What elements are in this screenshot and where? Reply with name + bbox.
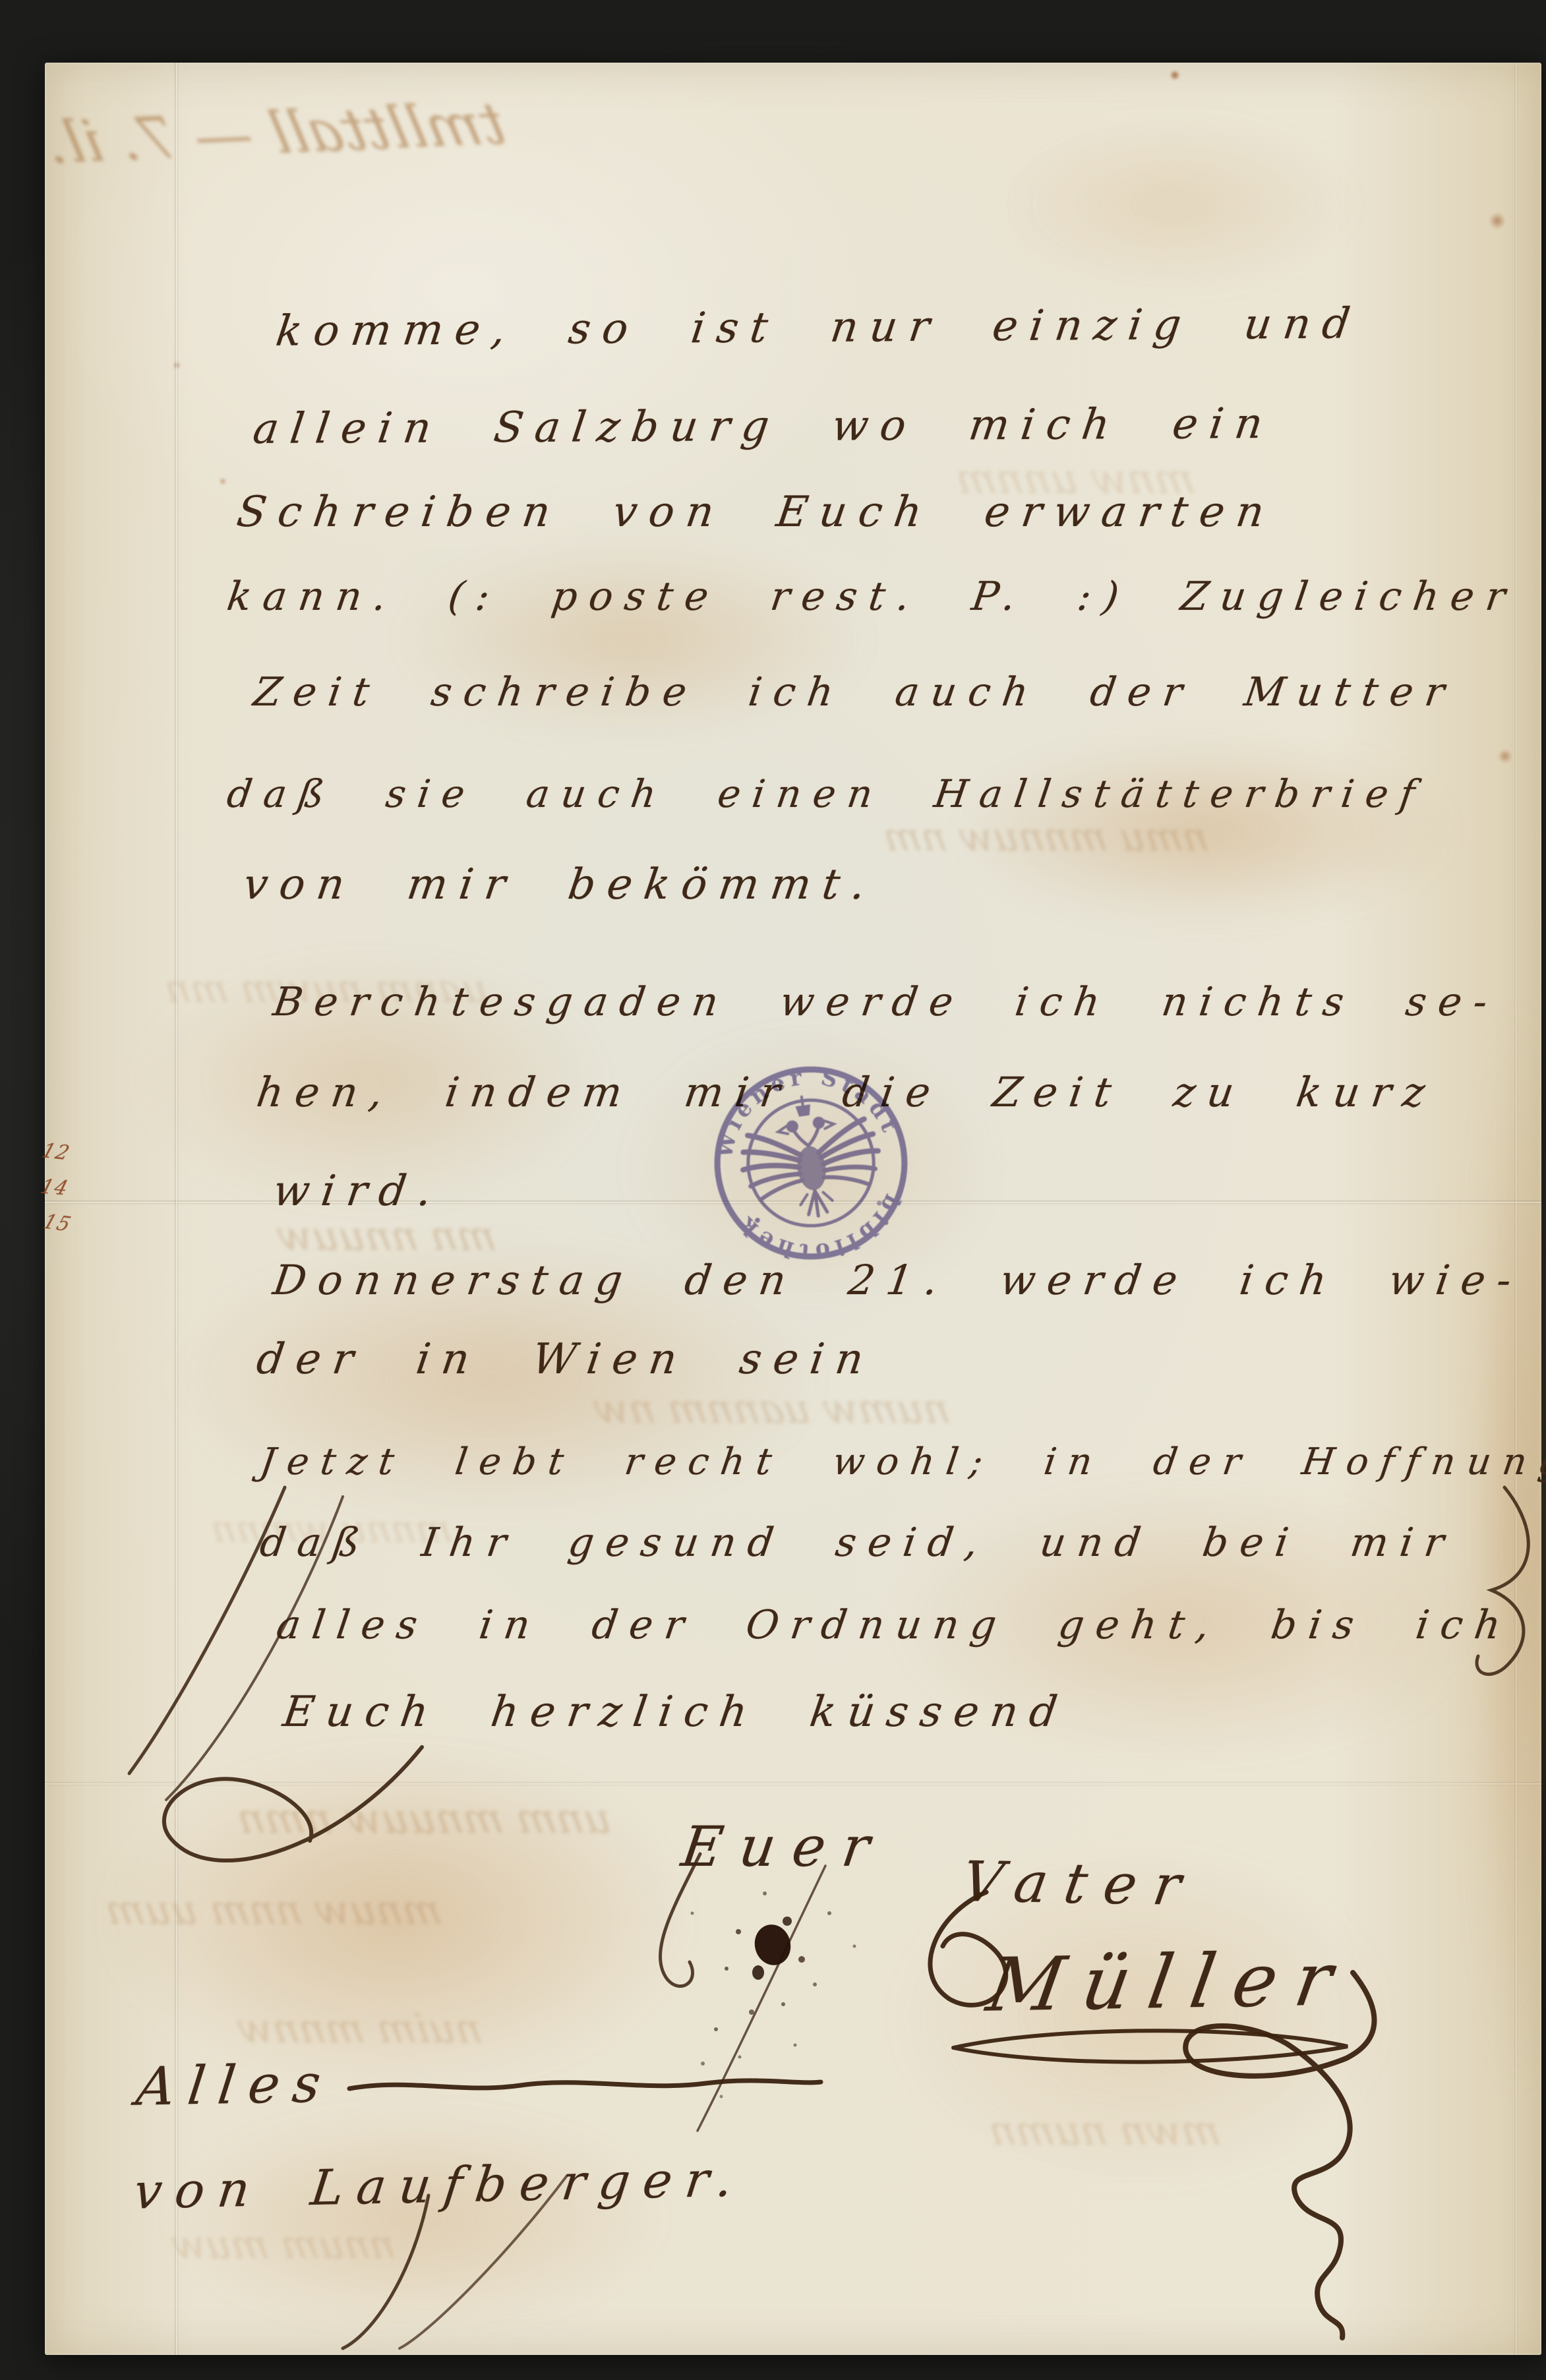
scanned-letter-photo: tmllttall — 7. il. mnw unnm nmu mnnuw nm…	[0, 0, 1546, 2380]
flourish-stroke	[164, 1747, 422, 1860]
signature-flourish	[1185, 1973, 1374, 2338]
flourish-stroke	[661, 1854, 700, 1986]
flourish-stroke	[698, 1866, 825, 2131]
flourish-stroke	[343, 2195, 429, 2348]
library-stamp: Wiener Stadt bibliothek · ·	[698, 1050, 924, 1276]
flourish-stroke	[400, 2176, 567, 2348]
flourish-stroke	[129, 1487, 285, 1773]
signature-flourish	[930, 1892, 1006, 2005]
ink-blot	[691, 1891, 856, 2098]
annotation-rule	[349, 2081, 821, 2089]
flourish-stroke	[1477, 1487, 1528, 1675]
flourish-stroke	[166, 1497, 343, 1800]
